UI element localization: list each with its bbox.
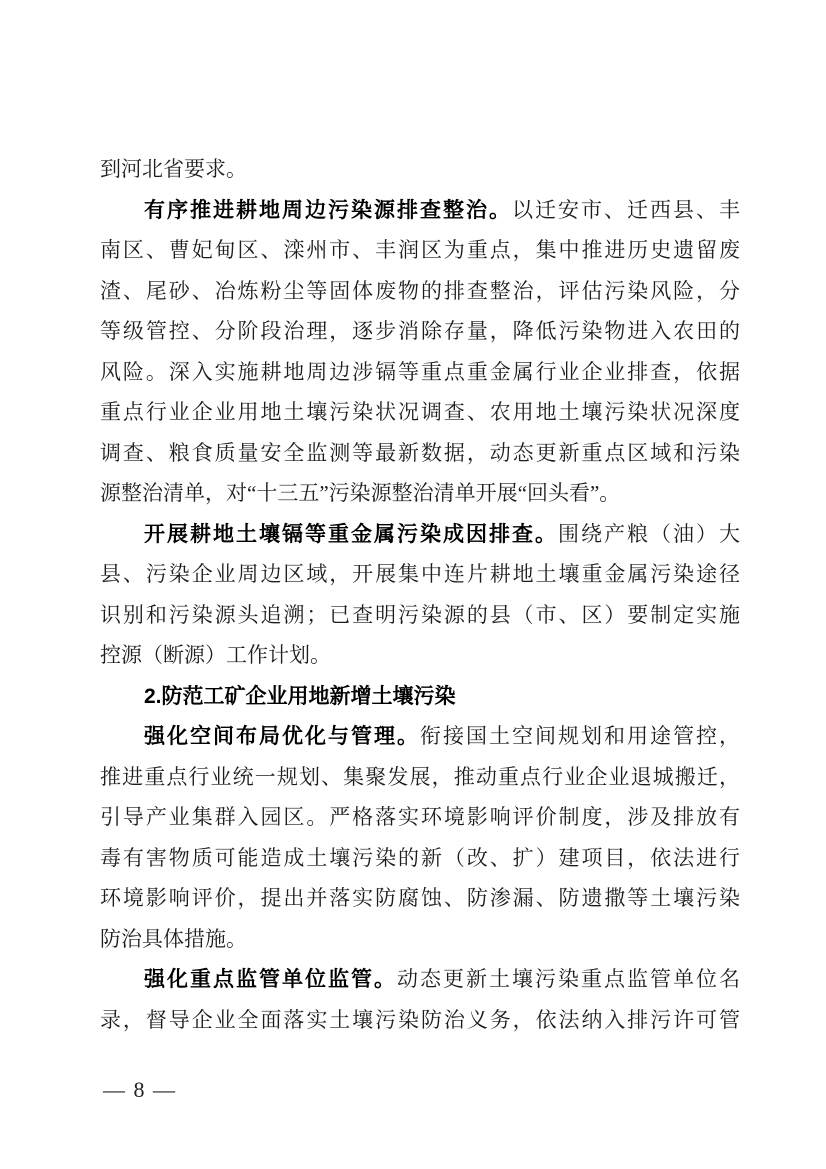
body-text: 动态更新土壤污染重点监管单位名	[397, 967, 740, 991]
body-text: 围绕产粮（油）大	[558, 522, 740, 546]
text-line: 风险。深入实施耕地周边涉镉等重点重金属行业企业排查，依据	[100, 352, 740, 393]
text-line: 到河北省要求。	[100, 149, 740, 190]
body-text: 南区、曹妃甸区、滦州市、丰润区为重点，集中推进历史遗留废	[100, 238, 740, 262]
body-text: 衔接国土空间规划和用途管控，	[420, 724, 740, 748]
text-line: 等级管控、分阶段治理，逐步消除存量，降低污染物进入农田的	[100, 311, 740, 352]
body-text: 等级管控、分阶段治理，逐步消除存量，降低污染物进入农田的	[100, 319, 740, 343]
body-text: 风险。深入实施耕地周边涉镉等重点重金属行业企业排查，依据	[100, 360, 740, 384]
text-line: 渣、尾砂、冶炼粉尘等固体废物的排查整治，评估污染风险，分	[100, 271, 740, 312]
body-text: 县、污染企业周边区域，开展集中连片耕地土壤重金属污染途径	[100, 562, 740, 586]
body-text: 防治具体措施。	[100, 927, 247, 951]
body-text: 调查、粮食质量安全监测等最新数据，动态更新重点区域和污染	[100, 441, 740, 465]
bold-run-in-heading: 2.防范工矿企业用地新增土壤污染	[144, 685, 456, 708]
text-line: 强化重点监管单位监管。动态更新土壤污染重点监管单位名	[100, 959, 740, 1000]
text-line: 防治具体措施。	[100, 919, 740, 960]
text-line: 开展耕地土壤镉等重金属污染成因排查。围绕产粮（油）大	[100, 514, 740, 555]
body-text: 环境影响评价，提出并落实防腐蚀、防渗漏、防遗撒等土壤污染	[100, 886, 740, 910]
text-line: 重点行业企业用地土壤污染状况调查、农用地土壤污染状况深度	[100, 392, 740, 433]
body-text: 录，督导企业全面落实土壤污染防治义务，依法纳入排污许可管	[100, 1008, 740, 1032]
text-line: 推进重点行业统一规划、集聚发展，推动重点行业企业退城搬迁，	[100, 757, 740, 798]
text-line: 2.防范工矿企业用地新增土壤污染	[100, 676, 740, 717]
body-text: 引导产业集群入园区。严格落实环境影响评价制度，涉及排放有	[100, 805, 740, 829]
body-text: 渣、尾砂、冶炼粉尘等固体废物的排查整治，评估污染风险，分	[100, 279, 740, 303]
text-line: 有序推进耕地周边污染源排查整治。以迁安市、迁西县、丰	[100, 190, 740, 231]
body-text: 毒有害物质可能造成土壤污染的新（改、扩）建项目，依法进行	[100, 846, 740, 870]
body-text: 重点行业企业用地土壤污染状况调查、农用地土壤污染状况深度	[100, 400, 740, 424]
text-line: 源整治清单，对“十三五”污染源整治清单开展“回头看”。	[100, 473, 740, 514]
document-body: 到河北省要求。有序推进耕地周边污染源排查整治。以迁安市、迁西县、丰南区、曹妃甸区…	[100, 149, 740, 1040]
text-line: 县、污染企业周边区域，开展集中连片耕地土壤重金属污染途径	[100, 554, 740, 595]
document-page: 到河北省要求。有序推进耕地周边污染源排查整治。以迁安市、迁西县、丰南区、曹妃甸区…	[0, 0, 826, 1169]
bold-run-in-heading: 有序推进耕地周边污染源排查整治。	[144, 199, 512, 222]
text-line: 环境影响评价，提出并落实防腐蚀、防渗漏、防遗撒等土壤污染	[100, 878, 740, 919]
body-text: 识别和污染源头追溯；已查明污染源的县（市、区）要制定实施	[100, 603, 740, 627]
body-text: 源整治清单，对“十三五”污染源整治清单开展“回头看”。	[100, 481, 620, 505]
page-number: — 8 —	[103, 1076, 175, 1104]
body-text: 到河北省要求。	[100, 157, 247, 181]
text-line: 录，督导企业全面落实土壤污染防治义务，依法纳入排污许可管	[100, 1000, 740, 1041]
body-text: 控源（断源）工作计划。	[100, 643, 331, 667]
body-text: 推进重点行业统一规划、集聚发展，推动重点行业企业退城搬迁，	[100, 765, 740, 789]
text-line: 南区、曹妃甸区、滦州市、丰润区为重点，集中推进历史遗留废	[100, 230, 740, 271]
text-line: 识别和污染源头追溯；已查明污染源的县（市、区）要制定实施	[100, 595, 740, 636]
bold-run-in-heading: 强化空间布局优化与管理。	[144, 725, 420, 748]
text-line: 强化空间布局优化与管理。衔接国土空间规划和用途管控，	[100, 716, 740, 757]
text-line: 控源（断源）工作计划。	[100, 635, 740, 676]
body-text: 以迁安市、迁西县、丰	[512, 198, 740, 222]
text-line: 引导产业集群入园区。严格落实环境影响评价制度，涉及排放有	[100, 797, 740, 838]
bold-run-in-heading: 强化重点监管单位监管。	[144, 968, 397, 991]
bold-run-in-heading: 开展耕地土壤镉等重金属污染成因排查。	[144, 523, 558, 546]
text-line: 调查、粮食质量安全监测等最新数据，动态更新重点区域和污染	[100, 433, 740, 474]
text-line: 毒有害物质可能造成土壤污染的新（改、扩）建项目，依法进行	[100, 838, 740, 879]
